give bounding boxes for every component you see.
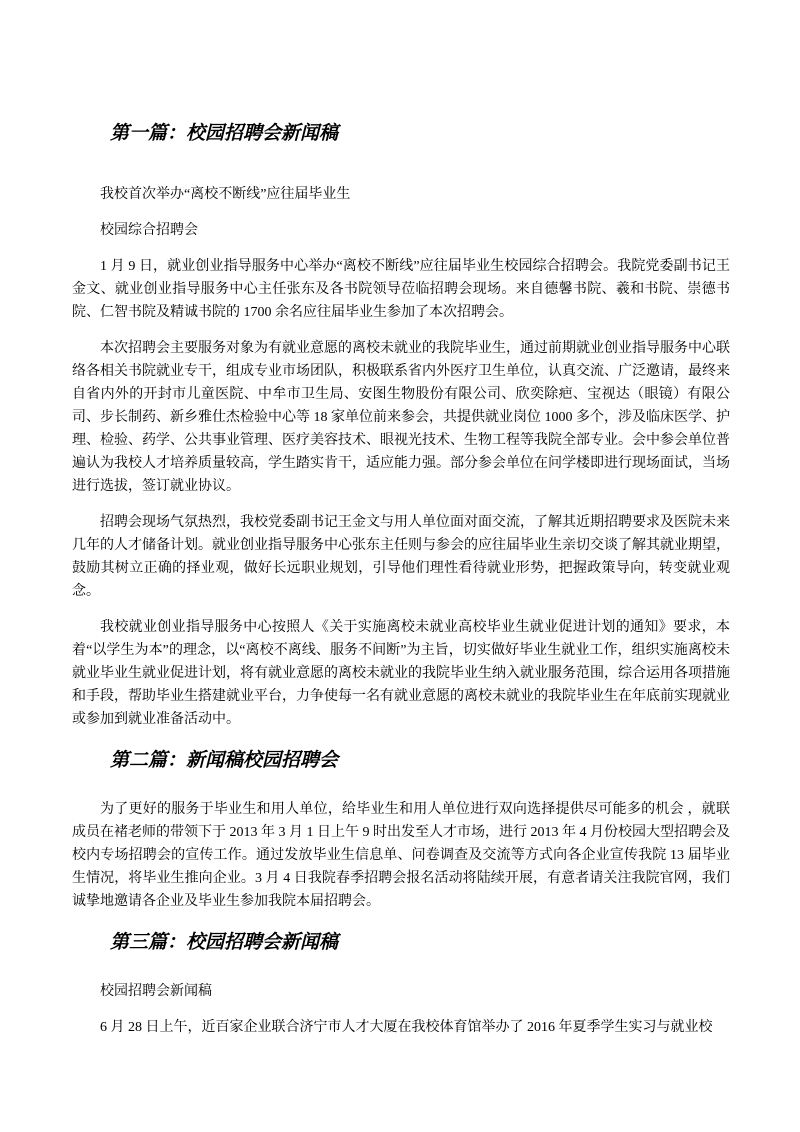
document-body: 第一篇：校园招聘会新闻稿我校首次举办“离校不断线”应往届毕业生校园综合招聘会1 … xyxy=(0,0,800,1039)
paragraph: 6 月 28 日上午，近百家企业联合济宁市人才大厦在我校体育馆举办了 2016 … xyxy=(72,1016,730,1039)
paragraph: 我校就业创业指导服务中心按照人《关于实施离校未就业高校毕业生就业促进计划的通知》… xyxy=(72,616,730,731)
section-heading: 第三篇：校园招聘会新闻稿 xyxy=(72,930,730,954)
section-heading: 第二篇：新闻稿校园招聘会 xyxy=(72,748,730,772)
paragraph: 我校首次举办“离校不断线”应往届毕业生 xyxy=(72,183,730,206)
paragraph: 校园综合招聘会 xyxy=(72,219,730,242)
paragraph: 为了更好的服务于毕业生和用人单位，给毕业生和用人单位进行双向选择提供尽可能多的机… xyxy=(72,798,730,913)
paragraph: 校园招聘会新闻稿 xyxy=(72,980,730,1003)
document-page: 第一篇：校园招聘会新闻稿我校首次举办“离校不断线”应往届毕业生校园综合招聘会1 … xyxy=(0,0,800,1132)
paragraph: 1 月 9 日，就业创业指导服务中心举办“离校不断线”应往届毕业生校园综合招聘会… xyxy=(72,255,730,324)
paragraph: 本次招聘会主要服务对象为有就业意愿的离校未就业的我院毕业生，通过前期就业创业指导… xyxy=(72,337,730,498)
paragraph: 招聘会现场气氛热烈，我校党委副书记王金文与用人单位面对面交流，了解其近期招聘要求… xyxy=(72,511,730,603)
section-heading: 第一篇：校园招聘会新闻稿 xyxy=(72,121,730,145)
